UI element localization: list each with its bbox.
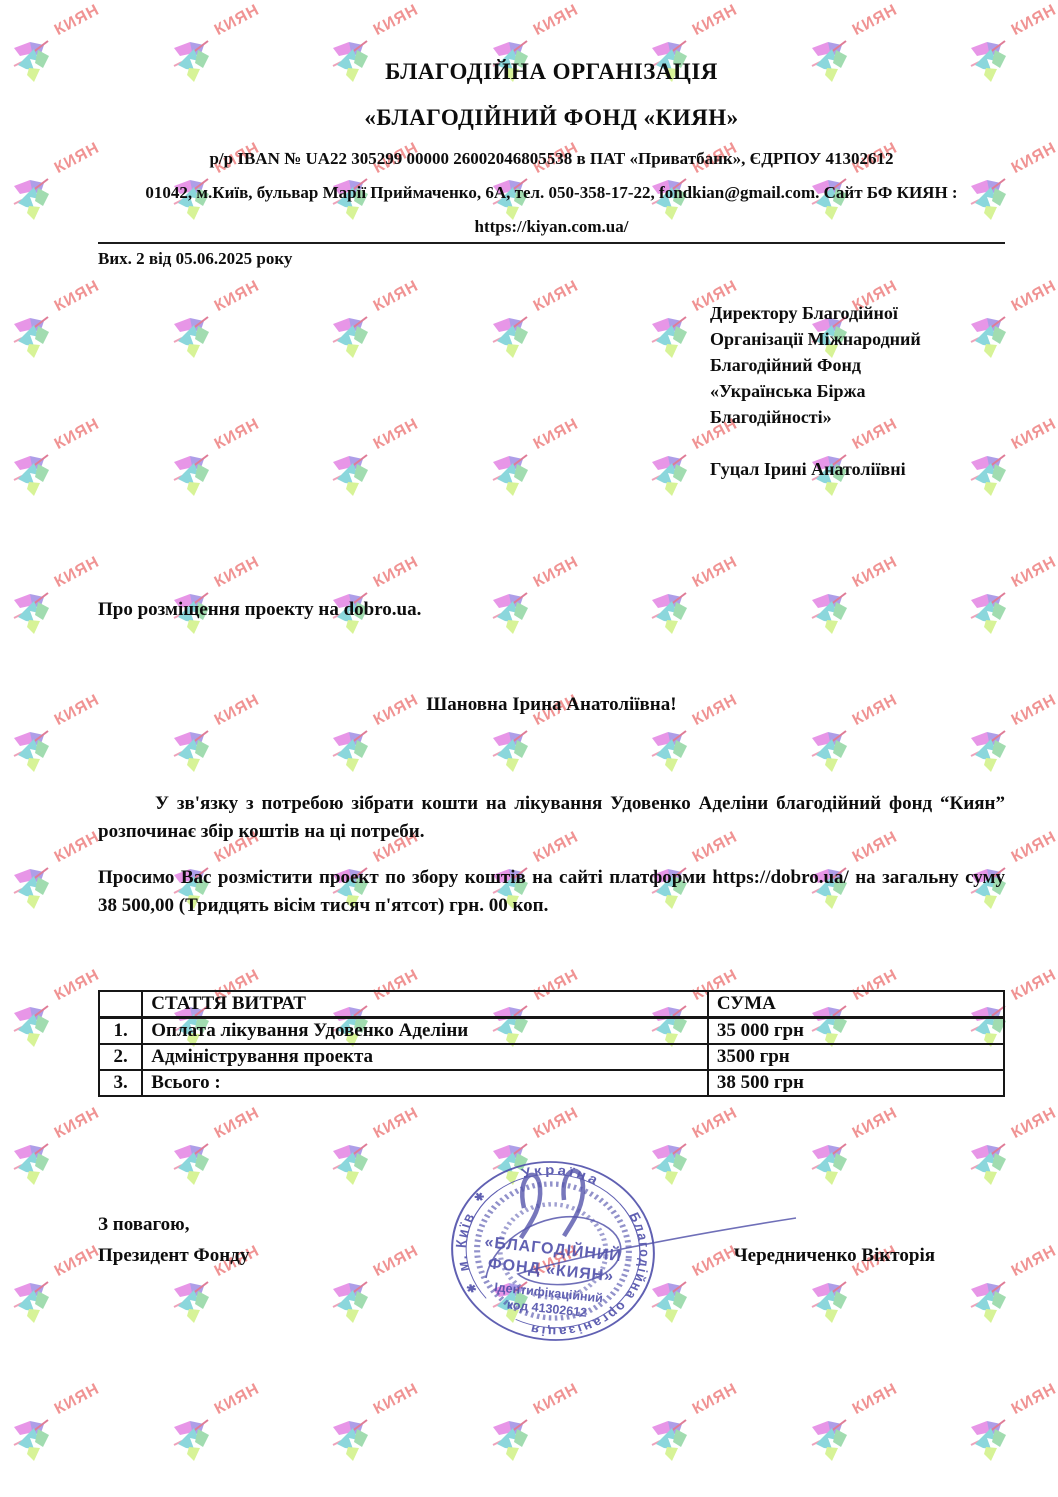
row-number: 3. xyxy=(99,1070,142,1096)
org-name-line2: «БЛАГОДІЙНИЙ ФОНД «КИЯН» xyxy=(98,104,1005,132)
watermark-kiyan-text: КИЯН xyxy=(52,415,103,454)
kiyan-bird-logo-icon xyxy=(12,453,52,499)
watermark-kiyan-text: КИЯН xyxy=(849,1380,900,1419)
expenses-table: СТАТТЯ ВИТРАТ СУМА 1. Оплата лікування У… xyxy=(98,990,1005,1097)
body-paragraph-2: Просимо Вас розмістити проект по збору к… xyxy=(98,864,1005,920)
watermark-kiyan-text: КИЯН xyxy=(1009,139,1058,178)
header-cell-number xyxy=(99,991,142,1018)
kiyan-bird-logo-icon xyxy=(172,1280,212,1326)
kiyan-bird-logo-icon xyxy=(12,729,52,775)
header-cell-sum: СУМА xyxy=(708,991,1004,1018)
watermark-kiyan-text: КИЯН xyxy=(1009,1,1058,40)
watermark-kiyan-text: КИЯН xyxy=(530,1380,581,1419)
kiyan-bird-logo-icon xyxy=(12,177,52,223)
recipient-block: Директору Благодійної Організації Міжнар… xyxy=(710,300,1005,482)
kiyan-bird-logo-icon xyxy=(12,39,52,85)
document-page: { "watermark": { "text": "КИЯН", "text_c… xyxy=(0,0,1058,1497)
official-stamp: Україна м. Київ Благодійна організація ✱… xyxy=(428,1136,828,1381)
kiyan-bird-logo-icon xyxy=(12,315,52,361)
letter-body: БЛАГОДІЙНА ОРГАНІЗАЦІЯ «БЛАГОДІЙНИЙ ФОНД… xyxy=(98,0,1005,1271)
watermark-tile: КИЯН xyxy=(331,1394,435,1468)
watermark-kiyan-text: КИЯН xyxy=(1009,967,1058,1006)
kiyan-bird-logo-icon xyxy=(331,1418,371,1464)
watermark-kiyan-text: КИЯН xyxy=(52,1380,103,1419)
watermark-kiyan-text: КИЯН xyxy=(52,1105,103,1144)
kiyan-bird-logo-icon xyxy=(969,1418,1009,1464)
row-number: 1. xyxy=(99,1018,142,1045)
kiyan-bird-logo-icon xyxy=(12,1142,52,1188)
website-url: https://kiyan.com.ua/ xyxy=(98,217,1005,237)
kiyan-bird-logo-icon xyxy=(12,1280,52,1326)
salutation: Шановна Ірина Анатоліївна! xyxy=(98,693,1005,717)
kiyan-bird-logo-icon xyxy=(12,591,52,637)
watermark-kiyan-text: КИЯН xyxy=(52,829,103,868)
subject-line: Про розміщення проекту на dobro.ua. xyxy=(98,598,1005,622)
recipient-line: Директору Благодійної xyxy=(710,300,1005,326)
watermark-tile: КИЯН xyxy=(969,1394,1058,1468)
watermark-kiyan-text: КИЯН xyxy=(1009,829,1058,868)
row-sum: 38 500 грн xyxy=(708,1070,1004,1096)
watermark-kiyan-text: КИЯН xyxy=(52,1,103,40)
watermark-kiyan-text: КИЯН xyxy=(690,1380,741,1419)
watermark-kiyan-text: КИЯН xyxy=(52,967,103,1006)
kiyan-bird-logo-icon xyxy=(12,1418,52,1464)
watermark-kiyan-text: КИЯН xyxy=(1009,1105,1058,1144)
watermark-kiyan-text: КИЯН xyxy=(211,1380,262,1419)
recipient-line: Благодійний Фонд xyxy=(710,352,1005,378)
recipient-line: Організації Міжнародний xyxy=(710,326,1005,352)
signer-title: Президент Фонду xyxy=(98,1240,249,1271)
watermark-kiyan-text: КИЯН xyxy=(52,277,103,316)
header-cell-item: СТАТТЯ ВИТРАТ xyxy=(142,991,708,1018)
row-item: Адміністрування проекта xyxy=(142,1044,708,1070)
watermark-kiyan-text: КИЯН xyxy=(52,553,103,592)
recipient-name: Гуцал Ірині Анатоліївні xyxy=(710,456,1005,482)
watermark-tile: КИЯН xyxy=(650,1394,754,1468)
signature-left-block: З повагою, Президент Фонду xyxy=(98,1209,249,1271)
row-sum: 35 000 грн xyxy=(708,1018,1004,1045)
kiyan-bird-logo-icon xyxy=(12,866,52,912)
body-paragraph-1: У зв'язку з потребою зібрати кошти на лі… xyxy=(98,790,1005,846)
kiyan-bird-logo-icon xyxy=(172,1418,212,1464)
watermark-kiyan-text: КИЯН xyxy=(1009,1242,1058,1281)
reference-number-line: Вих. 2 від 05.06.2025 року xyxy=(98,248,1005,270)
org-name-line1: БЛАГОДІЙНА ОРГАНІЗАЦІЯ xyxy=(98,58,1005,86)
kiyan-bird-logo-icon xyxy=(650,1418,690,1464)
watermark-kiyan-text: КИЯН xyxy=(52,139,103,178)
kiyan-bird-logo-icon xyxy=(810,1418,850,1464)
watermark-kiyan-text: КИЯН xyxy=(1009,415,1058,454)
watermark-kiyan-text: КИЯН xyxy=(371,1380,422,1419)
kiyan-bird-logo-icon xyxy=(331,1280,371,1326)
watermark-kiyan-text: КИЯН xyxy=(1009,553,1058,592)
signature-closing: З повагою, xyxy=(98,1209,249,1240)
table-row: 1. Оплата лікування Удовенко Аделіни 35 … xyxy=(99,1018,1004,1045)
row-sum: 3500 грн xyxy=(708,1044,1004,1070)
kiyan-bird-logo-icon xyxy=(12,1004,52,1050)
table-row: 2. Адміністрування проекта 3500 грн xyxy=(99,1044,1004,1070)
recipient-line: «Українська Біржа xyxy=(710,378,1005,404)
watermark-tile: КИЯН xyxy=(12,1394,116,1468)
recipient-line: Благодійності» xyxy=(710,404,1005,430)
table-header-row: СТАТТЯ ВИТРАТ СУМА xyxy=(99,991,1004,1018)
row-item: Оплата лікування Удовенко Аделіни xyxy=(142,1018,708,1045)
table-row: 3. Всього : 38 500 грн xyxy=(99,1070,1004,1096)
watermark-kiyan-text: КИЯН xyxy=(52,1242,103,1281)
watermark-tile: КИЯН xyxy=(810,1394,914,1468)
watermark-kiyan-text: КИЯН xyxy=(52,691,103,730)
kiyan-bird-logo-icon xyxy=(491,1418,531,1464)
row-item: Всього : xyxy=(142,1070,708,1096)
header-divider xyxy=(98,242,1005,244)
kiyan-bird-logo-icon xyxy=(969,1280,1009,1326)
watermark-tile: КИЯН xyxy=(491,1394,595,1468)
watermark-kiyan-text: КИЯН xyxy=(1009,277,1058,316)
address-line: 01042, м.Київ, бульвар Марії Приймаченко… xyxy=(98,182,1005,204)
watermark-kiyan-text: КИЯН xyxy=(1009,1380,1058,1419)
watermark-kiyan-text: КИЯН xyxy=(1009,691,1058,730)
bank-details-line: р/р IBAN № UA22 305299 00000 26002046805… xyxy=(98,148,1005,170)
row-number: 2. xyxy=(99,1044,142,1070)
watermark-tile: КИЯН xyxy=(172,1394,276,1468)
